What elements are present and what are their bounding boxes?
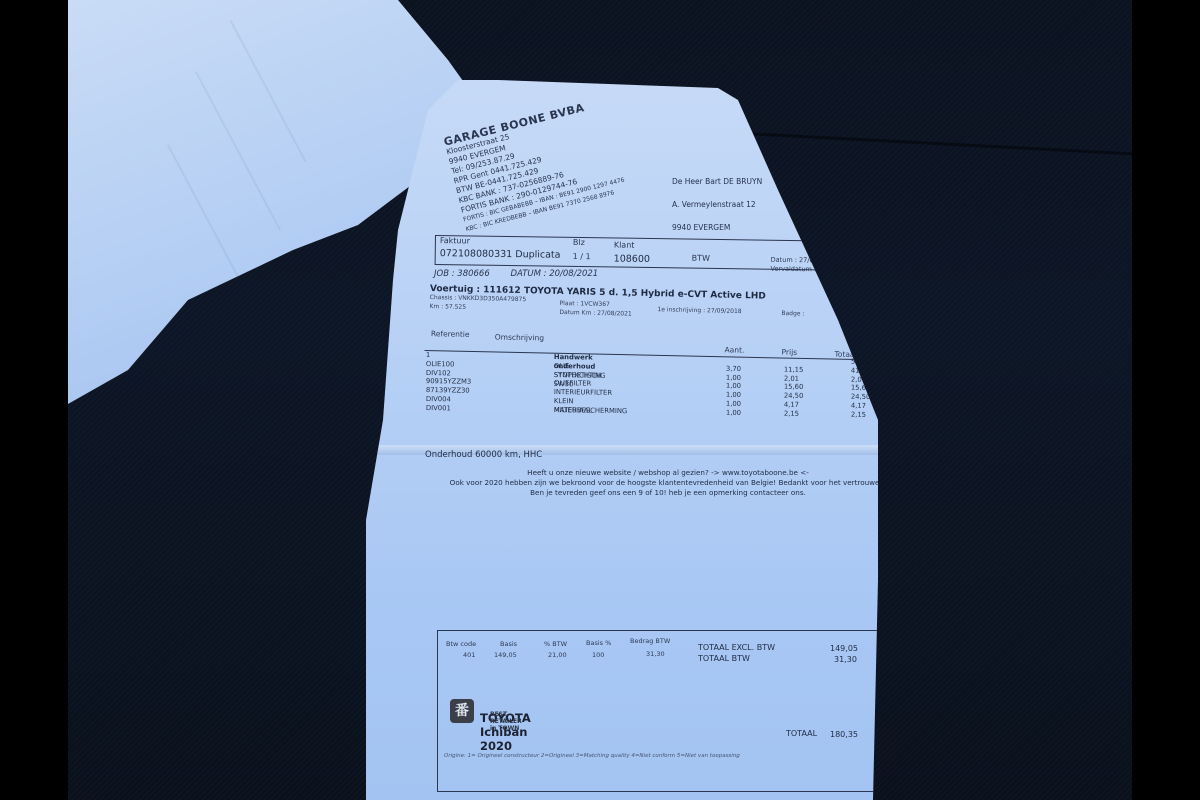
vat-col-bedrag: Bedrag BTW <box>630 637 670 645</box>
cell-total: 59,36 <box>851 358 871 367</box>
cell-orig: 5 <box>922 368 926 377</box>
job-line: JOB : 380666 DATUM : 20/08/2021 <box>434 269 616 279</box>
total-btw-label: TOTAAL BTW <box>698 654 750 663</box>
cell-total: 4,17 <box>851 402 866 411</box>
vat-col-basis: Basis <box>500 640 517 648</box>
total-excl-label: TOTAAL EXCL. BTW <box>698 643 775 652</box>
col-aant: Aant. <box>725 345 745 354</box>
vehicle-block: Voertuig : 111612 TOYOTA YARIS 5 d. 1,5 … <box>429 284 766 326</box>
cell-total: 24,50 <box>851 393 871 402</box>
cell-btw: 401 <box>888 411 901 420</box>
col-omschrijving: Omschrijving <box>495 332 544 342</box>
total-excl-value: 149,05 <box>830 644 858 653</box>
line-items-header: Referentie Omschrijving Aant. Prijs Tota… <box>425 328 905 361</box>
col-btw: Btw <box>866 350 880 359</box>
cell-total: 2,15 <box>851 410 866 419</box>
promo-line: Heeft u onze nieuwe website / webshop al… <box>398 468 938 478</box>
cell-ref: DIV004 <box>426 395 451 404</box>
cell-qty: 3,70 <box>726 365 741 374</box>
recipient-address: De Heer Bart DE BRUYN A. Vermeylenstraat… <box>672 175 762 235</box>
vat-col-pct: % BTW <box>544 640 567 648</box>
totals-box: Btw code Basis % BTW Basis % Bedrag BTW … <box>437 630 932 792</box>
recipient-city: 9940 EVERGEM <box>672 221 762 234</box>
invoice-header-box: Faktuur 072108080331 Duplicata Blz 1 / 1… <box>435 235 899 271</box>
cell-orig: 1 <box>922 412 926 421</box>
cell-orig: 1 <box>922 403 926 412</box>
cell-qty: 1,00 <box>726 400 741 409</box>
faktuur-label: Faktuur <box>440 236 470 245</box>
cell-ref: 1 <box>426 351 430 360</box>
klant-label: Klant <box>614 240 635 249</box>
promo-line: Ben je tevreden geef ons een 9 of 10! he… <box>398 488 938 498</box>
promo-text: Heeft u onze nieuwe website / webshop al… <box>398 468 938 498</box>
cell-total: 41,26 <box>851 366 871 375</box>
cell-price: 2,15 <box>784 409 799 418</box>
vat-amount: 31,30 <box>646 650 665 658</box>
vehicle-chassis: Chassis : VNKKD3D350A479875 <box>430 294 527 303</box>
cell-price: 4,17 <box>784 401 799 410</box>
cell-price: 24,50 <box>784 392 804 401</box>
origin-legend: Origine: 1= Origineel constructeur 2=Ori… <box>444 753 740 759</box>
job-date: DATUM : 20/08/2021 <box>510 269 598 279</box>
cell-orig: 1 <box>922 385 926 394</box>
vat-basis: 149,05 <box>494 651 517 659</box>
vat-pct: 21,00 <box>548 651 567 659</box>
cell-price: 11,15 <box>784 365 804 374</box>
letterhead: GARAGE BOONE BVBA Kloosterstraat 25 9940… <box>443 98 628 235</box>
cell-btw: 401 <box>888 358 901 367</box>
total-btw-value: 31,30 <box>834 655 857 664</box>
vehicle-km: Km : 57.525 <box>429 303 466 311</box>
vehicle-badge: Badge : <box>781 310 804 318</box>
grand-total-label: TOTAAL <box>786 729 817 738</box>
cell-qty: 1,00 <box>726 391 741 400</box>
col-orig: Orig. <box>886 351 904 360</box>
blz-value: 1 / 1 <box>573 252 591 261</box>
grand-total-value: 180,35 <box>830 730 858 739</box>
cell-qty: 1,00 <box>726 408 741 417</box>
invoice-number: 072108080331 Duplicata <box>440 248 561 261</box>
promo-line: Ook voor 2020 hebben zijn we bekroond vo… <box>398 478 938 488</box>
cell-ref: DIV001 <box>426 404 451 413</box>
btw-label: BTW <box>692 254 710 263</box>
cell-orig: 5 <box>922 376 926 385</box>
cell-desc: MILIEUBESCHERMING <box>554 406 627 416</box>
cell-orig: 1 <box>922 394 926 403</box>
cell-btw: 401 <box>888 376 901 385</box>
ichiban-subtitle: BEST RETAILER in TOWN <box>490 711 522 732</box>
cell-btw: 401 <box>888 385 901 394</box>
recipient-name: De Heer Bart DE BRUYN <box>672 175 762 188</box>
cell-ref: OLIE100 <box>426 360 455 369</box>
invoice-date: Datum : 27/08/2021 <box>771 256 837 265</box>
cell-btw: 401 <box>888 402 901 411</box>
vat-col-basis-pct: Basis % <box>586 639 611 647</box>
remark: Onderhoud 60000 km, HHC <box>425 450 542 460</box>
vehicle-plate: Plaat : 1VCW367 <box>560 300 610 308</box>
due-date: Vervaldatum : 11/09/2021 <box>771 265 856 274</box>
ichiban-icon: 番 <box>450 699 474 723</box>
col-prijs: Prijs <box>781 347 797 356</box>
cell-btw: 401 <box>888 393 901 402</box>
col-referentie: Referentie <box>431 329 470 339</box>
vat-col-code: Btw code <box>446 640 476 648</box>
col-totaal: Totaal <box>834 350 856 359</box>
vehicle-km-date: Datum Km : 27/08/2021 <box>559 309 632 318</box>
ichiban-logo: 番 TOYOTA Ichiban 2020 BEST RETAILER in T… <box>450 699 480 723</box>
cell-btw: 401 <box>888 367 901 376</box>
vat-basis-pct: 100 <box>592 651 604 659</box>
klant-value: 108600 <box>614 253 650 265</box>
blz-label: Blz <box>573 238 585 247</box>
vehicle-registration: 1e inschrijving : 27/09/2018 <box>657 306 741 315</box>
job-number: JOB : 380666 <box>434 269 490 279</box>
photo-background: GARAGE BOONE BVBA Kloosterstraat 25 9940… <box>68 0 1132 800</box>
vat-code: 401 <box>463 651 475 659</box>
recipient-street: A. Vermeylenstraat 12 <box>672 198 762 211</box>
